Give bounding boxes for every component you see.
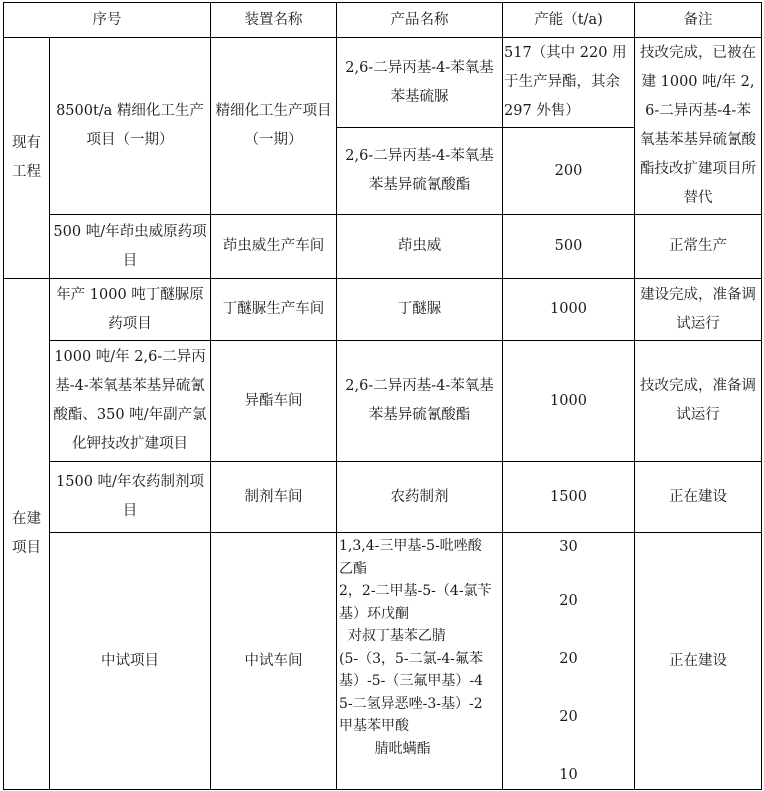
capacity: 1500 (503, 462, 635, 533)
project-name: 1500 吨/年农药制剂项目 (50, 462, 211, 533)
capacity: 30 (503, 533, 634, 562)
product-line: 对叔丁基苯乙腈 (339, 625, 500, 648)
header-serial: 序号 (4, 3, 211, 38)
capacity: 10 (503, 761, 634, 790)
product-name: 2,6-二异丙基-4-苯氧基苯基异硫氰酸酯 (337, 341, 503, 462)
group-label-existing: 现有 工程 (4, 38, 50, 279)
table-row: 中试项目 中试车间 1,3,4-三甲基-5-吡唑酸 乙酯 2，2-二甲基-5-（… (4, 533, 762, 790)
capacity: 200 (503, 128, 635, 215)
pilot-product-list: 1,3,4-三甲基-5-吡唑酸 乙酯 2，2-二甲基-5-（4-氯苄 基）环戊酮… (337, 533, 503, 790)
capacity: 500 (503, 215, 635, 279)
unit-name: 精细化工生产项目（一期） (211, 38, 337, 215)
capacity: 517（其中 220 用于生产异酯，其余 297 外售） (503, 38, 635, 128)
product-line: 5-二氢异恶唑-3-基）-2 (339, 693, 500, 716)
product-name: 丁醚脲 (337, 279, 503, 341)
product-line: 基）-5-（三氟甲基）-4 (339, 670, 500, 693)
group-label-under-construction: 在建 项目 (4, 279, 50, 790)
unit-name: 制剂车间 (211, 462, 337, 533)
note: 技改完成，已被在建 1000 吨/年 2,6-二异丙基-4-苯氧基苯基异硫氰酸酯… (635, 38, 762, 215)
capacity: 20 (503, 587, 634, 616)
unit-name: 茚虫威生产车间 (211, 215, 337, 279)
table-row: 在建 项目 年产 1000 吨丁醚脲原药项目 丁醚脲生产车间 丁醚脲 1000 … (4, 279, 762, 341)
product-name: 2,6-二异丙基-4-苯氧基苯基硫脲 (337, 38, 503, 128)
product-line: 2，2-二甲基-5-（4-氯苄 (339, 580, 500, 603)
project-table: 序号 装置名称 产品名称 产能（t/a) 备注 现有 工程 8500t/a 精细… (3, 2, 762, 790)
table-row: 现有 工程 8500t/a 精细化工生产项目（一期） 精细化工生产项目（一期） … (4, 38, 762, 128)
project-name: 8500t/a 精细化工生产项目（一期） (50, 38, 211, 215)
pilot-capacity-list: 30 20 20 20 10 (503, 533, 635, 790)
table-row: 1500 吨/年农药制剂项目 制剂车间 农药制剂 1500 正在建设 (4, 462, 762, 533)
unit-name: 中试车间 (211, 533, 337, 790)
product-line: 乙酯 (339, 558, 500, 581)
product-name: 农药制剂 (337, 462, 503, 533)
capacity: 1000 (503, 279, 635, 341)
product-line: 腈吡螨酯 (339, 738, 500, 761)
product-line: (5-（3，5-二氯-4-氟苯 (339, 648, 500, 671)
note: 技改完成，准备调试运行 (635, 341, 762, 462)
product-name: 2,6-二异丙基-4-苯氧基苯基异硫氰酸酯 (337, 128, 503, 215)
product-line: 1,3,4-三甲基-5-吡唑酸 (339, 535, 500, 558)
header-product-name: 产品名称 (337, 3, 503, 38)
product-name: 茚虫威 (337, 215, 503, 279)
table-row: 1000 吨/年 2,6-二异丙基-4-苯氧基苯基异硫氰酸酯、350 吨/年副产… (4, 341, 762, 462)
project-name: 中试项目 (50, 533, 211, 790)
unit-name: 丁醚脲生产车间 (211, 279, 337, 341)
note: 正在建设 (635, 462, 762, 533)
project-name: 年产 1000 吨丁醚脲原药项目 (50, 279, 211, 341)
header-capacity: 产能（t/a) (503, 3, 635, 38)
header-unit-name: 装置名称 (211, 3, 337, 38)
note: 建设完成，准备调试运行 (635, 279, 762, 341)
product-line: 甲基苯甲酸 (339, 715, 500, 738)
project-name: 500 吨/年茚虫威原药项目 (50, 215, 211, 279)
capacity: 1000 (503, 341, 635, 462)
note: 正在建设 (635, 533, 762, 790)
header-note: 备注 (635, 3, 762, 38)
capacity: 20 (503, 645, 634, 674)
product-line: 基）环戊酮 (339, 603, 500, 626)
project-name: 1000 吨/年 2,6-二异丙基-4-苯氧基苯基异硫氰酸酯、350 吨/年副产… (50, 341, 211, 462)
table-row: 500 吨/年茚虫威原药项目 茚虫威生产车间 茚虫威 500 正常生产 (4, 215, 762, 279)
note: 正常生产 (635, 215, 762, 279)
unit-name: 异酯车间 (211, 341, 337, 462)
header-row: 序号 装置名称 产品名称 产能（t/a) 备注 (4, 3, 762, 38)
capacity: 20 (503, 703, 634, 732)
